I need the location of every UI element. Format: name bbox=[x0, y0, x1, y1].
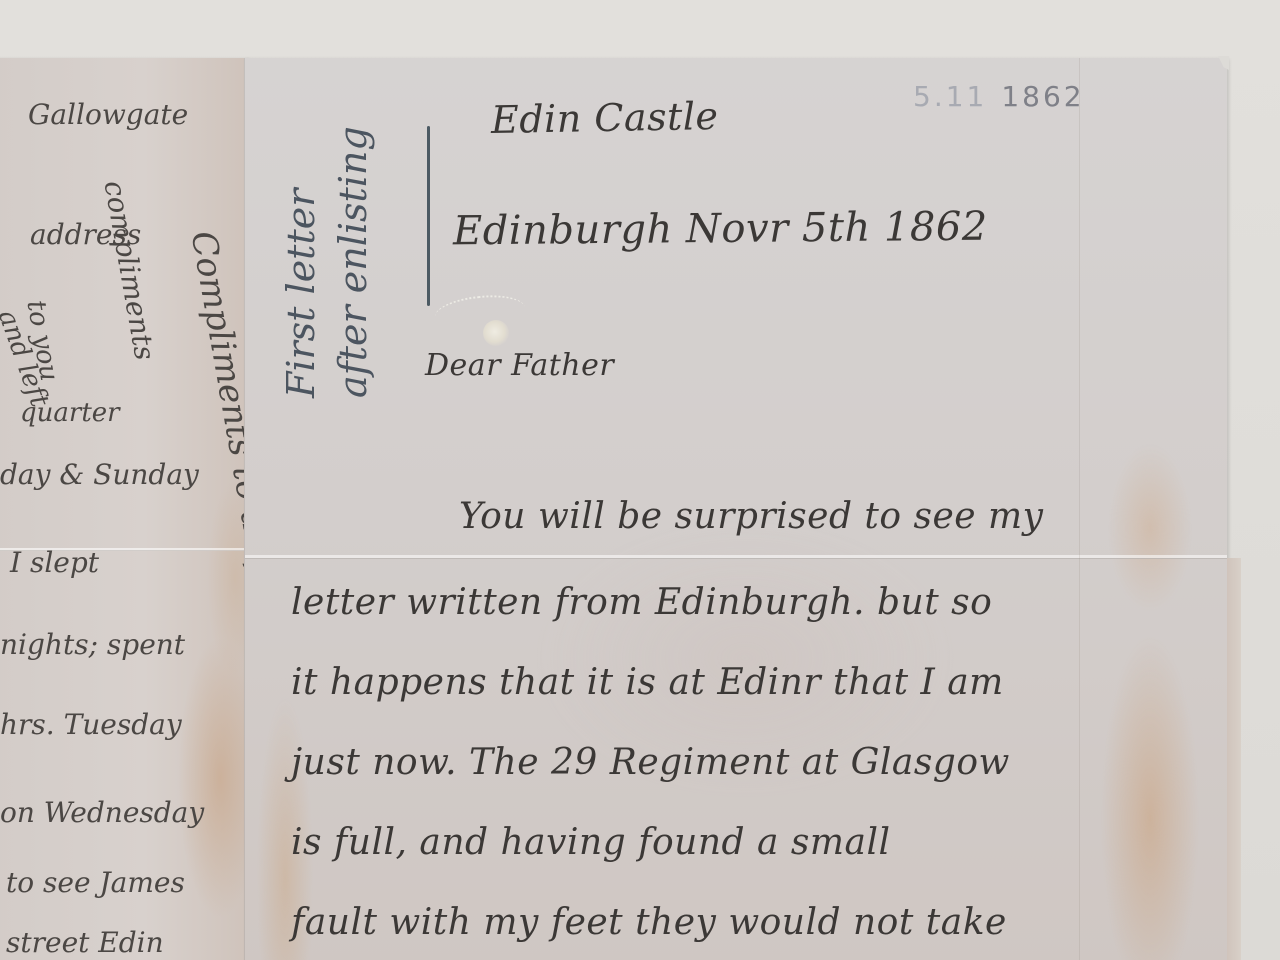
left-line-james: to see James bbox=[6, 866, 185, 899]
right-page: Edin Castle 5.111862 Edinburgh Novr 5th … bbox=[244, 58, 1227, 960]
margin-note-line2: after enlisting bbox=[327, 126, 379, 398]
pencil-date-year: 1862 bbox=[1001, 80, 1084, 113]
left-line-gallowgate: Gallowgate bbox=[28, 98, 188, 131]
left-line-wednesday: on Wednesday bbox=[0, 796, 204, 829]
margin-note-underline bbox=[427, 126, 430, 306]
body-line-3: it happens that it is at Edinr that I am bbox=[291, 662, 1004, 703]
paper-crack bbox=[434, 291, 527, 332]
letter-dateline: Edinburgh Novr 5th 1862 bbox=[453, 204, 988, 255]
body-line-2: letter written from Edinburgh. but so bbox=[291, 582, 992, 623]
left-page: Gallowgate address and left quarter day … bbox=[0, 58, 248, 960]
vertical-fold-crease bbox=[1079, 58, 1080, 960]
body-line-1: You will be surprised to see my bbox=[459, 496, 1044, 537]
left-line-sunday: day & Sunday bbox=[0, 458, 199, 491]
body-line-5: is full, and having found a small bbox=[291, 822, 891, 863]
body-line-4: just now. The 29 Regiment at Glasgow bbox=[291, 742, 1010, 783]
body-line-6: fault with my feet they would not take bbox=[291, 902, 1007, 943]
left-line-quarter: quarter bbox=[20, 398, 120, 428]
left-crosswritten-compliments: compliments bbox=[98, 178, 162, 363]
pencil-date-faded: 5.11 bbox=[913, 80, 987, 113]
letter-photograph: Gallowgate address and left quarter day … bbox=[0, 0, 1280, 960]
letter-heading: Edin Castle bbox=[491, 94, 719, 142]
margin-note: First letter after enlisting bbox=[275, 126, 379, 398]
letter-salutation: Dear Father bbox=[425, 348, 614, 383]
torn-corner bbox=[1211, 56, 1229, 70]
left-line-nights: nights; spent bbox=[0, 628, 185, 661]
left-line-tuesday: hrs. Tuesday bbox=[0, 708, 182, 741]
lower-page-edge bbox=[1227, 558, 1241, 960]
pencil-date-annotation: 5.111862 bbox=[913, 80, 1085, 113]
left-line-slept: I slept bbox=[10, 546, 99, 579]
margin-note-line1: First letter bbox=[275, 126, 327, 398]
left-line-street: street Edin bbox=[6, 926, 164, 959]
